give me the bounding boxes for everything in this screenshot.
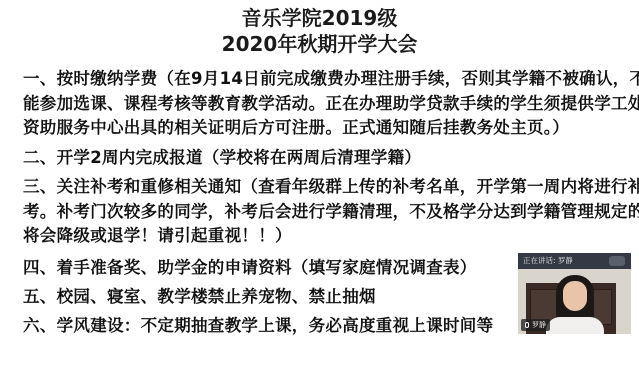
speaking-label: 正在讲话: 罗静 xyxy=(523,255,573,266)
item-5-line-1: 五、校园、寝室、教学楼禁止养宠物、禁止抽烟 xyxy=(23,286,376,308)
video-header: 正在讲话: 罗静 xyxy=(518,253,631,269)
item-1-line-2: 能参加选课、课程考核等教育教学活动。正在办理助学贷款手续的学生须提供学工处 xyxy=(23,93,639,115)
speaker-video-panel[interactable]: 正在讲话: 罗静 罗静 xyxy=(518,253,631,334)
slide-title-line1: 音乐学院2019级 xyxy=(0,6,639,30)
app-logo-icon xyxy=(609,256,625,266)
item-3-line-3: 将会降级或退学！请引起重视！！） xyxy=(23,225,292,247)
slide-title-line2: 2020年秋期开学大会 xyxy=(0,32,639,56)
item-3-line-2: 考。补考门次较多的同学，补考后会进行学籍清理，不及格学分达到学籍管理规定的 xyxy=(23,201,639,223)
microphone-icon xyxy=(525,322,529,328)
participant-name: 罗静 xyxy=(532,320,546,330)
item-6-line-1: 六、学风建设：不定期抽查教学上课，务必高度重视上课时间等 xyxy=(23,315,493,337)
item-1-line-3: 资助服务中心出具的相关证明后方可注册。正式通知随后挂教务处主页。） xyxy=(23,117,569,139)
item-3-line-1: 三、关注补考和重修相关通知（查看年级群上传的补考名单，开学第一周内将进行补 xyxy=(23,176,639,198)
speaker-body xyxy=(546,317,604,334)
item-4-line-1: 四、着手准备奖、助学金的申请资料（填写家庭情况调查表） xyxy=(23,257,477,279)
speaker-face xyxy=(563,281,587,311)
participant-name-tag: 罗静 xyxy=(521,319,550,331)
item-2-line-1: 二、开学2周内完成报道（学校将在两周后清理学籍） xyxy=(23,147,421,169)
item-1-line-1: 一、按时缴纳学费（在9月14日前完成缴费办理注册手续，否则其学籍不被确认，不 xyxy=(23,68,639,90)
